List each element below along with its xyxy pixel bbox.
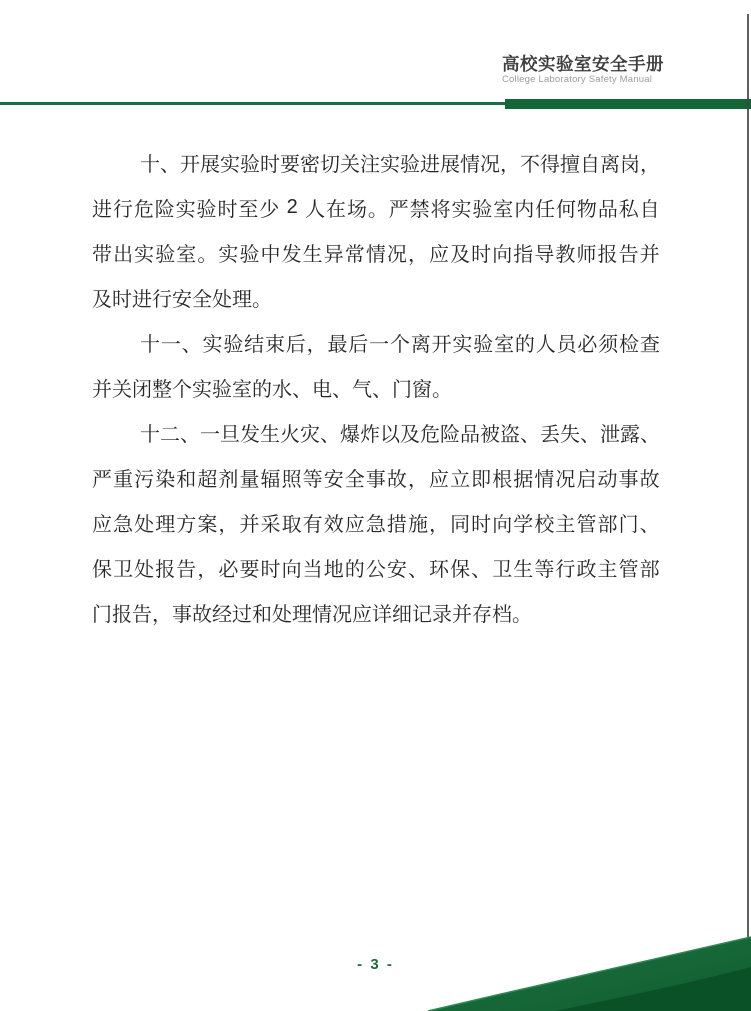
manual-title: 高校实验室安全手册: [502, 51, 664, 76]
manual-subtitle: College Laboratory Safety Manual: [502, 74, 652, 85]
text-line: 严重污染和超剂量辐照等安全事故，应立即根据情况启动事故: [92, 455, 660, 500]
body-text: 十、开展实验时要密切关注实验进展情况，不得擅自离岗，进行危险实验时至少 2 人在…: [92, 140, 660, 635]
text-line: 带出实验室。实验中发生异常情况，应及时向指导教师报告并: [92, 230, 660, 275]
document-page: 高校实验室安全手册 College Laboratory Safety Manu…: [0, 0, 751, 1011]
text-line: 并关闭整个实验室的水、电、气、门窗。: [92, 365, 660, 410]
text-line: 十二、一旦发生火灾、爆炸以及危险品被盗、丢失、泄露、: [92, 410, 660, 455]
text-line: 十一、实验结束后，最后一个离开实验室的人员必须检查: [92, 320, 660, 365]
text-line: 进行危险实验时至少 2 人在场。严禁将实验室内任何物品私自: [92, 185, 660, 230]
page-edge-line: [747, 14, 749, 946]
text-line: 应急处理方案，并采取有效应急措施，同时向学校主管部门、: [92, 500, 660, 545]
text-line: 及时进行安全处理。: [92, 275, 660, 320]
header-rule-thin: [0, 102, 506, 105]
header-rule-thick: [505, 99, 751, 109]
corner-swoosh-graphic: [0, 931, 751, 1011]
text-line: 保卫处报告，必要时向当地的公安、环保、卫生等行政主管部: [92, 545, 660, 590]
text-line: 十、开展实验时要密切关注实验进展情况，不得擅自离岗，: [92, 140, 660, 185]
text-line: 门报告，事故经过和处理情况应详细记录并存档。: [92, 590, 660, 635]
